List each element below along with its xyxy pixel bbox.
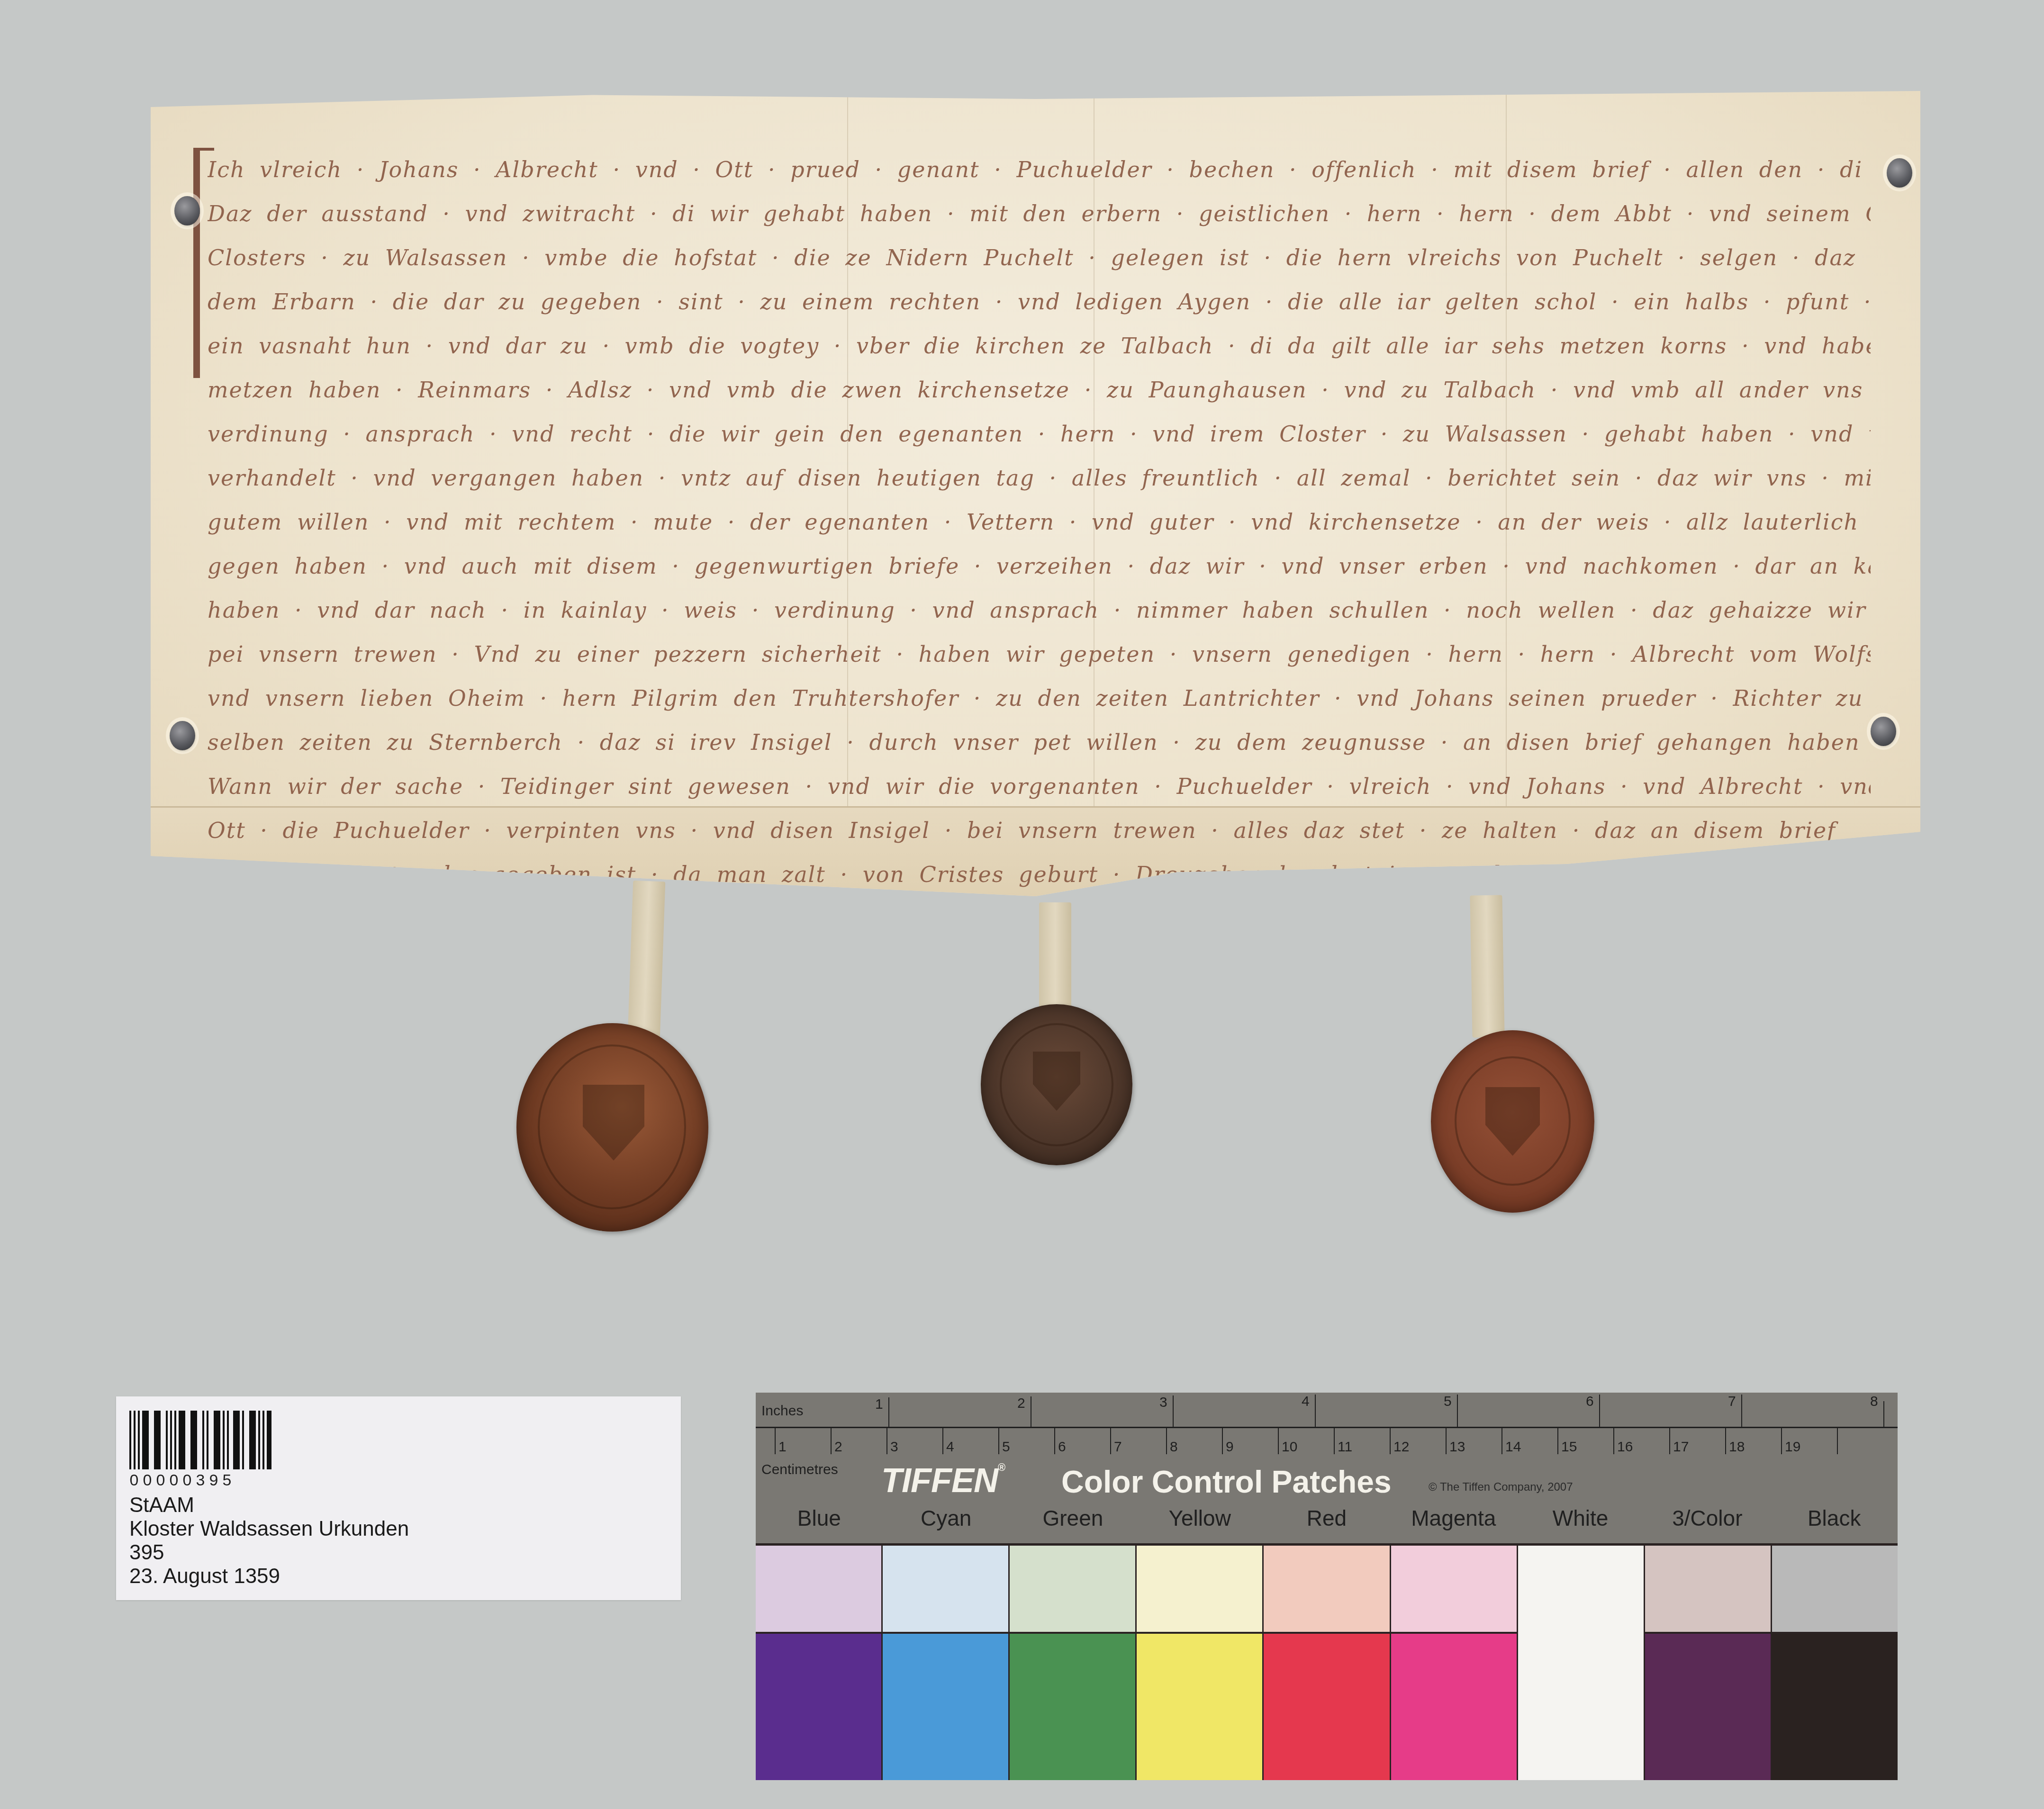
patch-magenta xyxy=(1391,1546,1518,1780)
patch-3color xyxy=(1645,1546,1772,1780)
archive-label: 0 0 0 0 0 3 9 5 StAAM Kloster Waldsassen… xyxy=(116,1396,681,1600)
text-line: verhandelt · vnd vergangen haben · vntz … xyxy=(208,456,1871,500)
magnet-icon xyxy=(1887,158,1912,188)
patch-cyan xyxy=(883,1546,1010,1780)
text-line: Ott · die Puchuelder · verpinten vns · v… xyxy=(208,809,1871,853)
centimetres-label: Centimetres xyxy=(761,1462,838,1478)
chart-title: Color Control Patches xyxy=(1061,1464,1392,1500)
chart-copyright: © The Tiffen Company, 2007 xyxy=(1429,1481,1573,1494)
seal-right xyxy=(1431,1030,1594,1213)
patch-blue xyxy=(756,1546,883,1780)
seal-left xyxy=(516,1023,708,1232)
patch-yellow xyxy=(1137,1546,1264,1780)
text-line: Ich vlreich · Johans · Albrecht · vnd · … xyxy=(208,148,1871,192)
text-line: metzen haben · Reinmars · Adlsz · vnd vm… xyxy=(208,368,1871,412)
seal-center xyxy=(981,1004,1132,1165)
text-line: ein vasnaht hun · vnd dar zu · vmb die v… xyxy=(208,324,1871,368)
text-line: gutem willen · vnd mit rechtem · mute · … xyxy=(208,500,1871,544)
text-line: gegen haben · vnd auch mit disem · gegen… xyxy=(208,544,1871,588)
charter-parchment: Ich vlreich · Johans · Albrecht · vnd · … xyxy=(151,91,1920,896)
patch-green xyxy=(1010,1546,1137,1780)
tiffen-logo: TIFFEN® xyxy=(881,1461,1005,1500)
magnet-icon xyxy=(1871,717,1896,746)
label-collection: Kloster Waldsassen Urkunden xyxy=(129,1517,409,1541)
barcode-number: 0 0 0 0 0 3 9 5 xyxy=(129,1471,232,1490)
text-line: geschriben stet · der gegeben ist · da m… xyxy=(208,853,1871,897)
magnet-icon xyxy=(170,721,195,750)
patch-labels: Blue Cyan Green Yellow Red Magenta White… xyxy=(756,1505,1898,1531)
patch-red xyxy=(1264,1546,1391,1780)
text-line: vnd vnsern lieben Oheim · hern Pilgrim d… xyxy=(208,676,1871,720)
patch-black xyxy=(1772,1546,1898,1780)
inches-label: Inches xyxy=(761,1403,803,1419)
text-line: dem Erbarn · die dar zu gegeben · sint ·… xyxy=(208,280,1871,324)
text-line: Daz der ausstand · vnd zwitracht · di wi… xyxy=(208,192,1871,236)
label-number: 395 xyxy=(129,1541,409,1565)
chart-header: Inches Centimetres 1 2 3 4 5 6 7 8 xyxy=(756,1393,1898,1543)
label-institution: StAAM xyxy=(129,1494,409,1517)
ruler xyxy=(756,1427,1898,1428)
label-date: 23. August 1359 xyxy=(129,1565,409,1588)
text-line: haben · vnd dar nach · in kainlay · weis… xyxy=(208,588,1871,632)
text-line: selben zeiten zu Sternberch · daz si ire… xyxy=(208,720,1871,765)
patch-grid xyxy=(756,1543,1898,1780)
text-line: pei vnsern trewen · Vnd zu einer pezzern… xyxy=(208,632,1871,676)
patch-white xyxy=(1518,1546,1645,1780)
seal-tag xyxy=(1470,895,1504,1037)
charter-text: Ich vlreich · Johans · Albrecht · vnd · … xyxy=(208,148,1871,941)
color-control-chart: Inches Centimetres 1 2 3 4 5 6 7 8 xyxy=(756,1393,1898,1779)
text-line: Closters · zu Walsassen · vmbe die hofst… xyxy=(208,236,1871,280)
magnet-icon xyxy=(174,196,200,225)
text-line: verdinung · ansprach · vnd recht · die w… xyxy=(208,412,1871,456)
text-line: Wann wir der sache · Teidinger sint gewe… xyxy=(208,765,1871,809)
barcode xyxy=(129,1411,274,1469)
